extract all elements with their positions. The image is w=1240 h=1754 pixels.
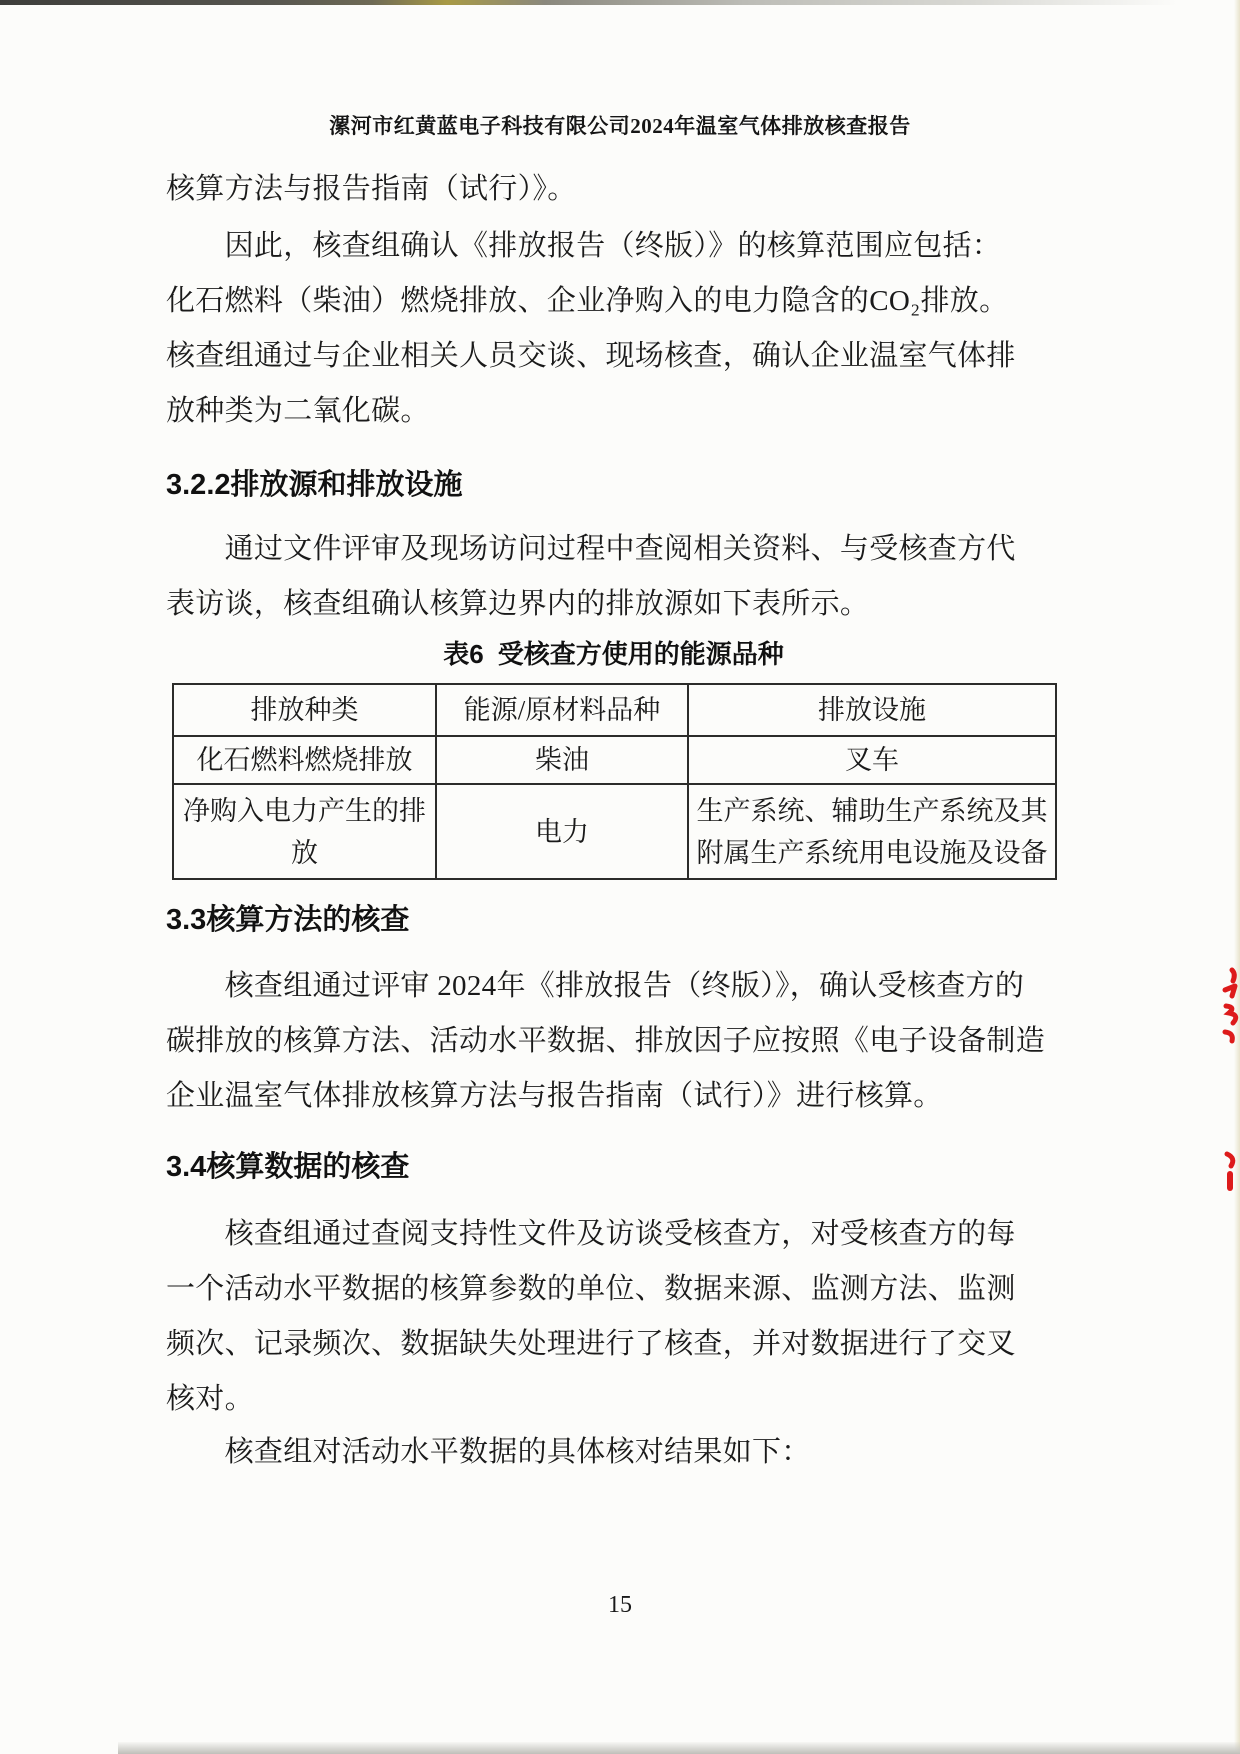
section-heading-3-2-2: 3.2.2排放源和排放设施: [166, 462, 1046, 503]
section-heading-3-4: 3.4核算数据的核查: [166, 1144, 1046, 1185]
text-line: 因此，核查组确认《排放报告（终版）》的核算范围应包括：: [166, 219, 1046, 274]
text-line: 放种类为二氧化碳。: [166, 384, 1046, 439]
text-line: 碳排放的核算方法、活动水平数据、排放因子应按照《电子设备制造: [166, 1014, 1046, 1069]
paragraph-scope: 因此，核查组确认《排放报告（终版）》的核算范围应包括： 化石燃料（柴油）燃烧排放…: [166, 219, 1046, 439]
table-cell: 电力: [436, 784, 688, 879]
text-line: 频次、记录频次、数据缺失处理进行了核查，并对数据进行了交叉: [166, 1317, 1046, 1372]
page: 漯河市红黄蓝电子科技有限公司2024年温室气体排放核查报告 核算方法与报告指南（…: [0, 0, 1240, 1754]
section-heading-3-3: 3.3核算方法的核查: [166, 897, 1046, 938]
table-row: 化石燃料燃烧排放 柴油 叉车: [173, 736, 1056, 784]
paragraph-intro: 核算方法与报告指南（试行）》。: [166, 162, 1046, 217]
table-row: 净购入电力产生的排放 电力 生产系统、辅助生产系统及其附属生产系统用电设施及设备: [173, 784, 1056, 879]
red-stroke: [1227, 1154, 1233, 1166]
paragraph-activity-data: 核查组对活动水平数据的具体核对结果如下：: [166, 1425, 1046, 1480]
table-header-cell: 排放设施: [688, 684, 1056, 736]
text-line: 核查组通过与企业相关人员交谈、现场核查，确认企业温室气体排: [166, 329, 1046, 384]
scan-edge-top-artifact: [0, 0, 1240, 5]
scan-edge-bottom-artifact: [118, 1742, 1240, 1754]
text-line: 核算方法与报告指南（试行）》。: [166, 162, 1046, 217]
table-header-cell: 排放种类: [173, 684, 436, 736]
text-line: 表访谈，核查组确认核算边界内的排放源如下表所示。: [166, 577, 1046, 632]
text-line: 化石燃料（柴油）燃烧排放、企业净购入的电力隐含的CO₂排放。: [166, 274, 1046, 329]
text-line: 一个活动水平数据的核算参数的单位、数据来源、监测方法、监测: [166, 1262, 1046, 1317]
table-cell: 净购入电力产生的排放: [173, 784, 436, 879]
paragraph-emission-sources: 通过文件评审及现场访问过程中查阅相关资料、与受核查方代 表访谈，核查组确认核算边…: [166, 522, 1046, 632]
red-stamp-fragment-upper: [1220, 966, 1240, 1048]
red-stroke: [1225, 986, 1235, 996]
text-line: 核对。: [166, 1372, 1046, 1427]
red-stroke: [1232, 970, 1234, 981]
table-cell: 生产系统、辅助生产系统及其附属生产系统用电设施及设备: [688, 784, 1056, 879]
paragraph-method-verification: 核查组通过评审 2024年《排放报告（终版）》，确认受核查方的 碳排放的核算方法…: [166, 959, 1046, 1124]
text-line: 通过文件评审及现场访问过程中查阅相关资料、与受核查方代: [166, 522, 1046, 577]
table-cell: 化石燃料燃烧排放: [173, 736, 436, 784]
text-line: 核查组通过查阅支持性文件及访谈受核查方，对受核查方的每: [166, 1207, 1046, 1262]
red-stroke: [1225, 1032, 1232, 1041]
table-caption: 表6受核查方使用的能源品种: [172, 634, 1055, 671]
table-header-row: 排放种类 能源/原材料品种 排放设施: [173, 684, 1056, 736]
scan-edge-right-artifact: [1234, 0, 1240, 1754]
red-stroke: [1226, 1006, 1236, 1023]
text-line: 核查组通过评审 2024年《排放报告（终版）》，确认受核查方的: [166, 959, 1046, 1014]
table-cell: 柴油: [436, 736, 688, 784]
table-header-cell: 能源/原材料品种: [436, 684, 688, 736]
table-cell: 叉车: [688, 736, 1056, 784]
document-header: 漯河市红黄蓝电子科技有限公司2024年温室气体排放核查报告: [0, 110, 1240, 140]
text-line: 企业温室气体排放核算方法与报告指南（试行）》进行核算。: [166, 1069, 1046, 1124]
energy-table: 排放种类 能源/原材料品种 排放设施 化石燃料燃烧排放 柴油 叉车 净购入电力产…: [172, 683, 1057, 880]
red-stamp-fragment-lower: [1220, 1150, 1240, 1194]
table-caption-label: 表6: [443, 639, 483, 669]
page-number: 15: [0, 1592, 1240, 1619]
text-line: 核查组对活动水平数据的具体核对结果如下：: [166, 1425, 1046, 1480]
paragraph-data-verification: 核查组通过查阅支持性文件及访谈受核查方，对受核查方的每 一个活动水平数据的核算参…: [166, 1207, 1046, 1427]
table-caption-title: 受核查方使用的能源品种: [498, 639, 784, 669]
